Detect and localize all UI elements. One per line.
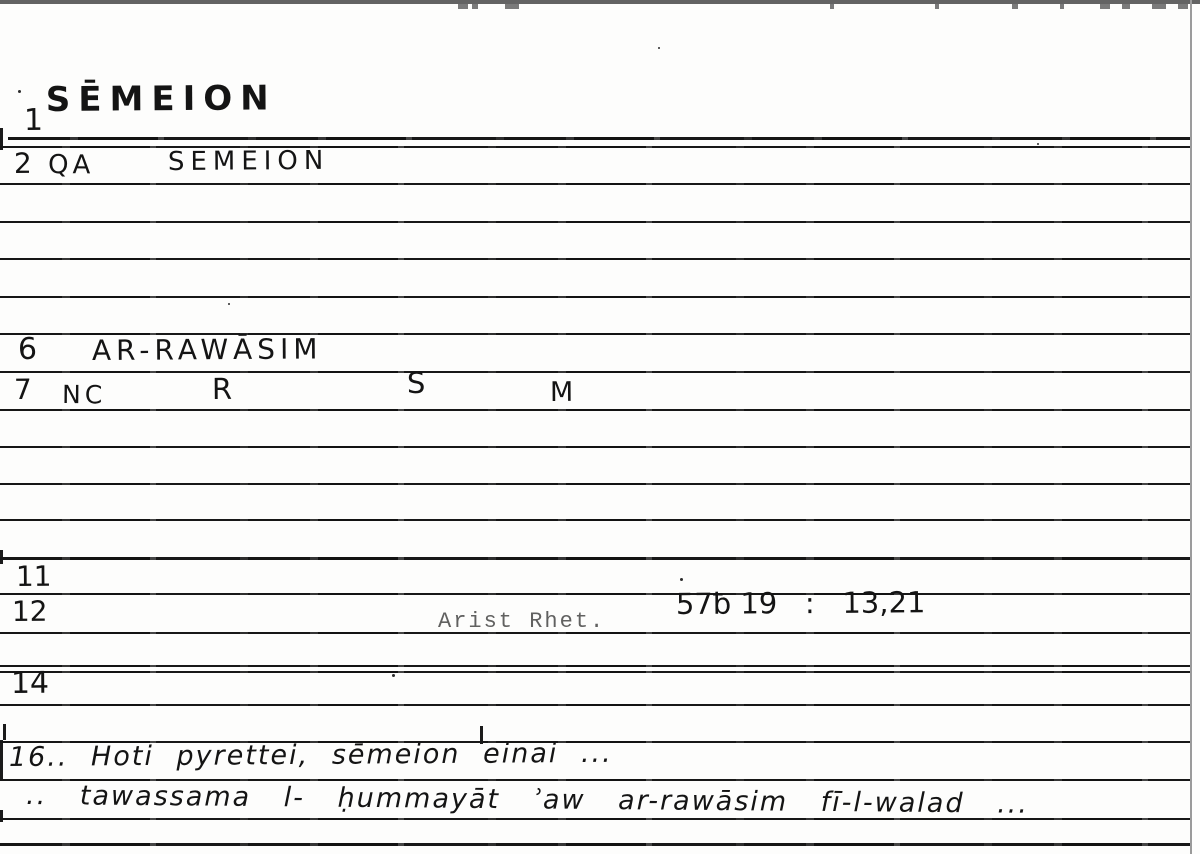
ink-speck [392, 674, 395, 677]
ruled-line [0, 296, 1190, 298]
ruled-line [0, 446, 1190, 448]
entry-number-12: 12 [12, 595, 48, 628]
ruled-line [0, 221, 1190, 223]
ruled-line [0, 671, 1190, 673]
entry-number-1: 1 [24, 103, 43, 138]
term-semeion: SEMEION [168, 146, 330, 177]
ruled-line [0, 409, 1190, 411]
letter-s: S [407, 366, 426, 400]
scan-mark [472, 4, 478, 9]
scan-mark [1122, 4, 1130, 9]
entry-number-11: 11 [16, 560, 52, 593]
scan-mark [1152, 4, 1166, 9]
ruled-line [0, 665, 1190, 667]
ruled-line [0, 483, 1190, 485]
scan-mark [505, 4, 519, 9]
scan-mark [935, 4, 939, 9]
ink-speck [680, 578, 683, 581]
scan-mark [1100, 4, 1110, 9]
entry-number-7: 7 [14, 373, 32, 406]
edge-mark [0, 810, 3, 822]
arabic-quote-line: .. tawassama l- ḥummayāt ʾaw ar-rawāsim … [26, 780, 1029, 820]
ruled-line [0, 704, 1190, 706]
scan-mark [458, 4, 468, 9]
entry-number-14: 14 [11, 666, 49, 701]
entry-number-2: 2 [14, 147, 32, 180]
ruled-line [0, 258, 1190, 260]
scan-mark [830, 4, 834, 9]
edge-mark [0, 740, 3, 780]
headword-semeion: SĒMEION [46, 78, 277, 120]
edge-mark [3, 724, 6, 740]
scan-right-edge [1190, 0, 1192, 854]
scan-mark [1178, 4, 1188, 9]
citation-reference: 57ƀ 19 : 13,21 [676, 585, 926, 621]
headword-ar-rawasim: AR-RAWĀSIM [92, 332, 323, 367]
scan-top-edge [0, 0, 1200, 4]
entry-number-6: 6 [18, 332, 37, 367]
ruled-line [0, 843, 1190, 846]
greek-quote-line: 16.. Hoti pyrettei, sēmeion einai ... [9, 738, 613, 773]
ink-speck [658, 47, 660, 49]
ink-speck [228, 303, 230, 305]
ruled-line [0, 371, 1190, 373]
letter-r: R [212, 372, 232, 406]
abbreviation-qa: QA [48, 150, 95, 180]
ruled-line [0, 183, 1190, 185]
ruled-line [0, 593, 1190, 595]
ruled-line [0, 519, 1190, 521]
citation-source: Arist Rhet. [438, 609, 605, 634]
ruled-line [0, 557, 1190, 560]
ink-speck [18, 90, 21, 93]
letter-m: M [550, 377, 574, 408]
ruled-line [8, 137, 1190, 140]
abbreviation-nc: NC [62, 380, 106, 409]
index-card-scan: 1 SĒMEION 2 QA SEMEION 6 AR-RAWĀSIM 7 NC… [0, 0, 1200, 854]
scan-mark [1012, 4, 1018, 9]
scan-mark [1060, 4, 1064, 9]
ink-speck [1037, 143, 1039, 145]
